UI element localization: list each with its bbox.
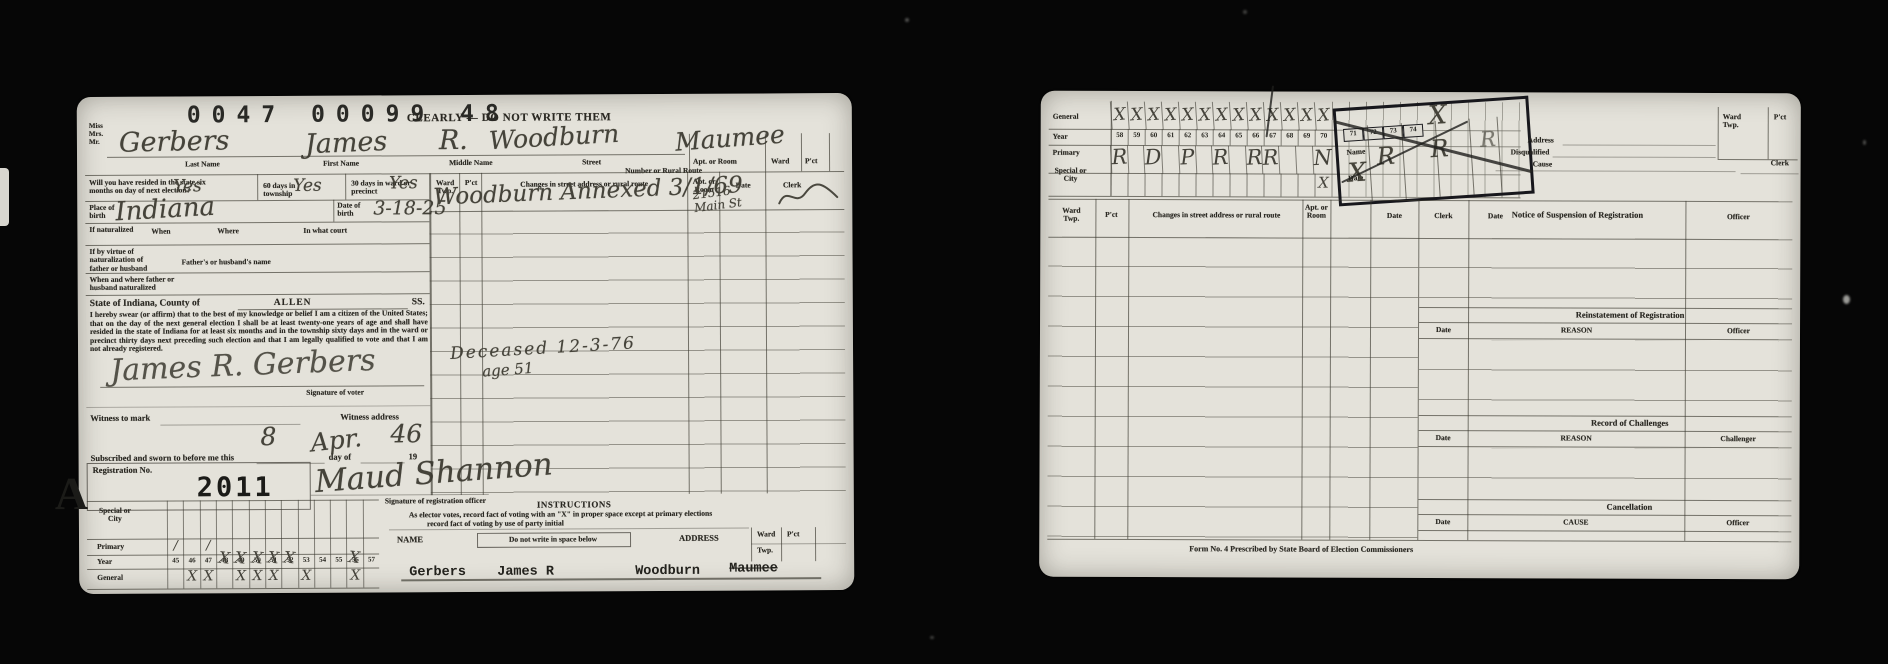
grid-mark: X [249, 568, 265, 588]
divider [1768, 107, 1769, 159]
typed-city: Woodburn [635, 564, 700, 579]
grid-mark: X [1314, 101, 1333, 130]
label-father-husband-name: Father's or husband's name [182, 258, 271, 267]
grid-mark: X [1144, 101, 1163, 130]
label-pct-mini: P'ct [787, 530, 800, 538]
grid-mark: X [1314, 174, 1331, 197]
written-city: Maumee [674, 120, 786, 157]
year-cell: 70 [1315, 130, 1332, 146]
label-address: Address [1528, 136, 1554, 144]
grid-mark [1110, 173, 1127, 196]
col-date: Date [1372, 212, 1416, 221]
year-cell: 60 [1145, 129, 1162, 145]
label-ward-twp: Ward Twp. [1723, 113, 1757, 130]
col-clerk: Clerk [1420, 212, 1466, 221]
divider [751, 543, 846, 544]
grid-mark: X [231, 547, 249, 569]
grid-mark [1229, 173, 1246, 196]
ruled-rows-challenges [1418, 448, 1791, 497]
grid-mark: X [1110, 100, 1129, 129]
special-marks-row [167, 499, 379, 538]
label-date: Date [1418, 518, 1467, 527]
label-first-name: First Name [323, 160, 359, 169]
written-middle-initial: R. [439, 125, 468, 156]
divider [257, 174, 258, 200]
grid-mark [297, 500, 314, 538]
scanned-voter-registration-cards: { "left": { "stamp_number": "0047 00099 … [0, 0, 1888, 664]
registration-number-stamp: 2011 [197, 472, 274, 503]
grid-mark [1297, 174, 1314, 197]
stamp-box-mark: X [1427, 100, 1447, 131]
divider [160, 424, 300, 426]
grid-mark: X [1280, 101, 1299, 130]
divider [333, 200, 334, 222]
label-officer: Officer [1684, 519, 1791, 528]
film-speck [1863, 140, 1866, 145]
label-address: ADDRESS [679, 534, 719, 544]
stamped-year-extension-box: 71727374 Name Date X R X R R [1333, 96, 1535, 207]
instructions-title: INSTRUCTIONS [537, 499, 612, 509]
party-initial-mark: N [1312, 145, 1333, 174]
grid-label-general: General [97, 574, 123, 583]
grid-mark [330, 568, 346, 588]
year-cell: 71 [1343, 128, 1364, 142]
instructions-line2: record fact of voting by use of party in… [427, 519, 564, 528]
grid-mark: X [1195, 101, 1214, 130]
party-initial-mark [1295, 145, 1313, 174]
label-disqualified: Disqualified [1511, 148, 1550, 157]
label-name: NAME [397, 535, 423, 545]
grid-mark [314, 500, 331, 538]
grid-mark: X [248, 547, 266, 569]
label-when-where-naturalized: When and where father or husband natural… [90, 275, 200, 292]
divider [86, 405, 430, 408]
grid-mark: X [280, 547, 298, 569]
prefix-mr: Mr. [89, 139, 100, 147]
section-title-cancellation: Cancellation [1467, 502, 1791, 513]
grid-mark [1144, 173, 1161, 196]
grid-mark [1280, 174, 1297, 197]
label-when: When [151, 228, 170, 236]
clerk-initials-scribble [775, 183, 841, 209]
year-numbers-row: 58596061626364656667686970 [1111, 129, 1332, 146]
grid-mark: X [1127, 100, 1146, 129]
label-challenger: Challenger [1685, 435, 1792, 444]
grid-mark: X [1229, 101, 1248, 130]
grid-mark [363, 567, 379, 587]
typed-struck-township: Maumee [729, 561, 778, 576]
typed-last-name: Gerbers [409, 565, 466, 580]
grid-mark: X [1246, 101, 1265, 130]
col-officer: Officer [1688, 213, 1788, 222]
ruled-rows-suspension [1419, 238, 1792, 305]
year-cell: 66 [1247, 129, 1264, 145]
affidavit-county-value: ALLEN [274, 298, 312, 309]
stamp-box-name-label: Name [1346, 148, 1365, 158]
grid-mark [363, 499, 380, 537]
col-notice: Notice of Suspension of Registration [1472, 210, 1682, 220]
divider [1418, 530, 1791, 532]
grid-mark: X [298, 568, 314, 588]
grid-label-general: General [1053, 113, 1079, 121]
label-ward: Ward [771, 157, 789, 165]
divider [85, 243, 429, 246]
label-reason: REASON [1468, 434, 1685, 443]
grid-mark [1212, 173, 1229, 196]
party-initial-mark [1228, 145, 1246, 174]
label-middle-name: Middle Name [449, 159, 493, 168]
written-sworn-year: 46 [390, 419, 422, 448]
grid-mark: X [183, 568, 199, 588]
voter-registration-card-back: General Year Primary Special or City XXX… [1039, 91, 1801, 580]
grid-mark [281, 568, 297, 588]
year-cell: 65 [1230, 129, 1247, 145]
divider [1553, 156, 1716, 158]
grid-mark [232, 500, 249, 538]
party-initial-mark: P [1178, 145, 1196, 174]
party-initial-mark: R [1261, 145, 1279, 174]
ruled-rows-left [1047, 237, 1418, 540]
party-initial-mark: D [1143, 145, 1162, 174]
grid-label-year: Year [1053, 133, 1068, 141]
divider [1419, 430, 1792, 432]
party-initial-mark [1161, 145, 1179, 174]
form-footer: Form No. 4 Prescribed by State Board of … [1189, 545, 1413, 555]
ruled-rows-reinstatement [1419, 340, 1792, 413]
grid-mark [362, 547, 380, 569]
party-initial-mark [1278, 145, 1296, 174]
label-apt-room: Apt. or Room [693, 157, 753, 166]
grid-mark [346, 500, 363, 538]
label-date: Date [1419, 326, 1468, 335]
divider [1047, 539, 1791, 543]
grid-mark: X [346, 547, 364, 569]
divider [1563, 144, 1716, 146]
grid-mark [182, 548, 200, 570]
divider [1497, 117, 1503, 193]
general-marks-row: XXXXXXXXXXXXX [1111, 101, 1332, 130]
col-ward-twp: Ward Twp. [1054, 207, 1088, 224]
film-speck [1843, 295, 1850, 304]
divider [689, 134, 690, 172]
primary-letters-row: RDPRRRN [1111, 145, 1332, 174]
section-title-reinstatement: Reinstatement of Registration [1468, 310, 1792, 321]
label-clerk: Clerk [1771, 159, 1789, 167]
col-apt-room: Apt. or Room [1304, 204, 1328, 221]
voting-record-grid: Special or City Primary Year General ∕∕ … [87, 499, 379, 589]
grid-mark: X [1161, 101, 1180, 130]
typed-first-name: James R [497, 565, 554, 580]
party-initial-mark: R [1245, 145, 1263, 174]
year-cell: 74 [1403, 124, 1424, 138]
adjacent-card-sliver [0, 168, 9, 226]
party-initial-mark [1195, 145, 1213, 174]
grid-mark [1127, 173, 1144, 196]
year-cell: 59 [1128, 129, 1145, 145]
year-cell: 63 [1196, 129, 1213, 145]
year-cell: 69 [1298, 130, 1315, 146]
divider [1418, 514, 1791, 516]
grid-label-primary: Primary [1053, 149, 1080, 157]
party-initial-mark [1127, 145, 1145, 174]
grid-mark: X [1297, 101, 1316, 130]
affidavit-state-county: State of Indiana, County of [90, 298, 200, 309]
label-street: Street [582, 158, 601, 166]
grid-mark [216, 500, 233, 538]
divider [1718, 107, 1719, 159]
grid-mark [265, 500, 282, 538]
grid-mark [1263, 173, 1280, 196]
divider [765, 133, 766, 171]
written-last-name: Gerbers [119, 125, 230, 158]
grid-label-year: Year [97, 558, 112, 566]
voter-registration-card-front: 0047 00099 48 CLEARLY — DO NOT WRITE THE… [77, 93, 855, 594]
grid-mark [1195, 173, 1212, 196]
grid-mark [281, 500, 298, 538]
grid-mark [330, 500, 347, 538]
label-signature-of-voter: Signature of voter [306, 389, 364, 398]
divider [1741, 173, 1799, 174]
label-pct: P'ct [805, 157, 818, 165]
label-signature-registration-officer: Signature of registration officer [385, 497, 486, 506]
divider [1419, 322, 1792, 324]
label-ward-mini: Ward [757, 530, 775, 538]
col-changes: Changes in street address or rural route [1132, 211, 1300, 220]
year-cell: 62 [1179, 129, 1196, 145]
label-date: Date [1419, 434, 1468, 443]
grid-mark [167, 500, 184, 538]
divider [801, 133, 802, 171]
grid-mark [314, 568, 330, 588]
divider [345, 174, 346, 200]
film-speck [1243, 10, 1247, 14]
label-officer: Officer [1685, 327, 1792, 336]
grid-mark: X [265, 568, 281, 588]
grid-mark [1161, 173, 1178, 196]
written-street: Woodburn [488, 119, 620, 155]
film-speck [930, 636, 934, 639]
divider [1418, 499, 1791, 501]
year-cell: 58 [1111, 129, 1128, 145]
label-cause: Cause [1533, 160, 1553, 168]
grid-mark [183, 500, 200, 538]
grid-mark: X [200, 568, 216, 588]
label-where: Where [217, 227, 239, 236]
grid-mark [199, 500, 216, 538]
year-cell: 64 [1213, 129, 1230, 145]
label-cause: CAUSE [1467, 518, 1684, 527]
grid-mark [248, 500, 265, 538]
grid-mark [216, 568, 232, 588]
label-date-of-birth: Date of birth [337, 201, 371, 218]
label-pct: P'ct [1774, 113, 1787, 121]
grid-mark: X [1178, 101, 1197, 130]
label-in-what-court: In what court [303, 227, 347, 236]
label-if-naturalized: If naturalized [89, 226, 133, 235]
label-last-name: Last Name [185, 160, 220, 169]
label-twp-mini: Twp. [757, 546, 773, 554]
stamp-box-mark: R [1479, 127, 1496, 152]
grid-mark [1178, 173, 1195, 196]
grid-label-special: Special or City [1049, 167, 1093, 184]
grid-mark [167, 568, 183, 588]
grid-label-primary: Primary [97, 543, 124, 552]
party-initial-mark: R [1110, 145, 1128, 174]
year-cell: 61 [1162, 129, 1179, 145]
label-do-not-write: Do not write in space below [477, 535, 629, 544]
file-letter-stamp: A [55, 467, 89, 520]
label-registration-no: Registration No. [93, 466, 153, 476]
party-initial-mark: R [1211, 145, 1229, 174]
divider [86, 293, 430, 296]
grid-mark: X [232, 568, 248, 588]
section-title-challenges: Record of Challenges [1468, 418, 1792, 429]
general-marks-row: XXXXXXX [167, 567, 379, 588]
grid-mark: X [1263, 101, 1282, 130]
label-reason: REASON [1468, 326, 1685, 335]
written-age-note: age 51 [482, 359, 534, 381]
special-marks-row: X [1110, 173, 1331, 197]
label-witness-to-mark: Witness to mark [90, 414, 150, 424]
divider [829, 133, 830, 171]
grid-mark: X [1212, 101, 1231, 130]
affidavit-ss: SS. [412, 297, 425, 308]
grid-mark [1246, 173, 1263, 196]
film-speck [905, 18, 909, 22]
col-pct: P'ct [1097, 211, 1125, 219]
grid-mark [297, 547, 315, 569]
residency-answer-township: Yes [293, 176, 322, 196]
year-cell: 68 [1281, 130, 1298, 146]
residency-answer-precinct: Yes [389, 173, 418, 193]
grid-label-special: Special or City [95, 507, 135, 524]
grid-mark: X [347, 568, 363, 588]
year-marks-overlay: XXXXXX [167, 547, 379, 568]
written-sworn-day: 8 [260, 422, 276, 451]
divider [1048, 199, 1792, 203]
label-virtue-naturalization: If by virtue of naturalization of father… [89, 248, 159, 274]
